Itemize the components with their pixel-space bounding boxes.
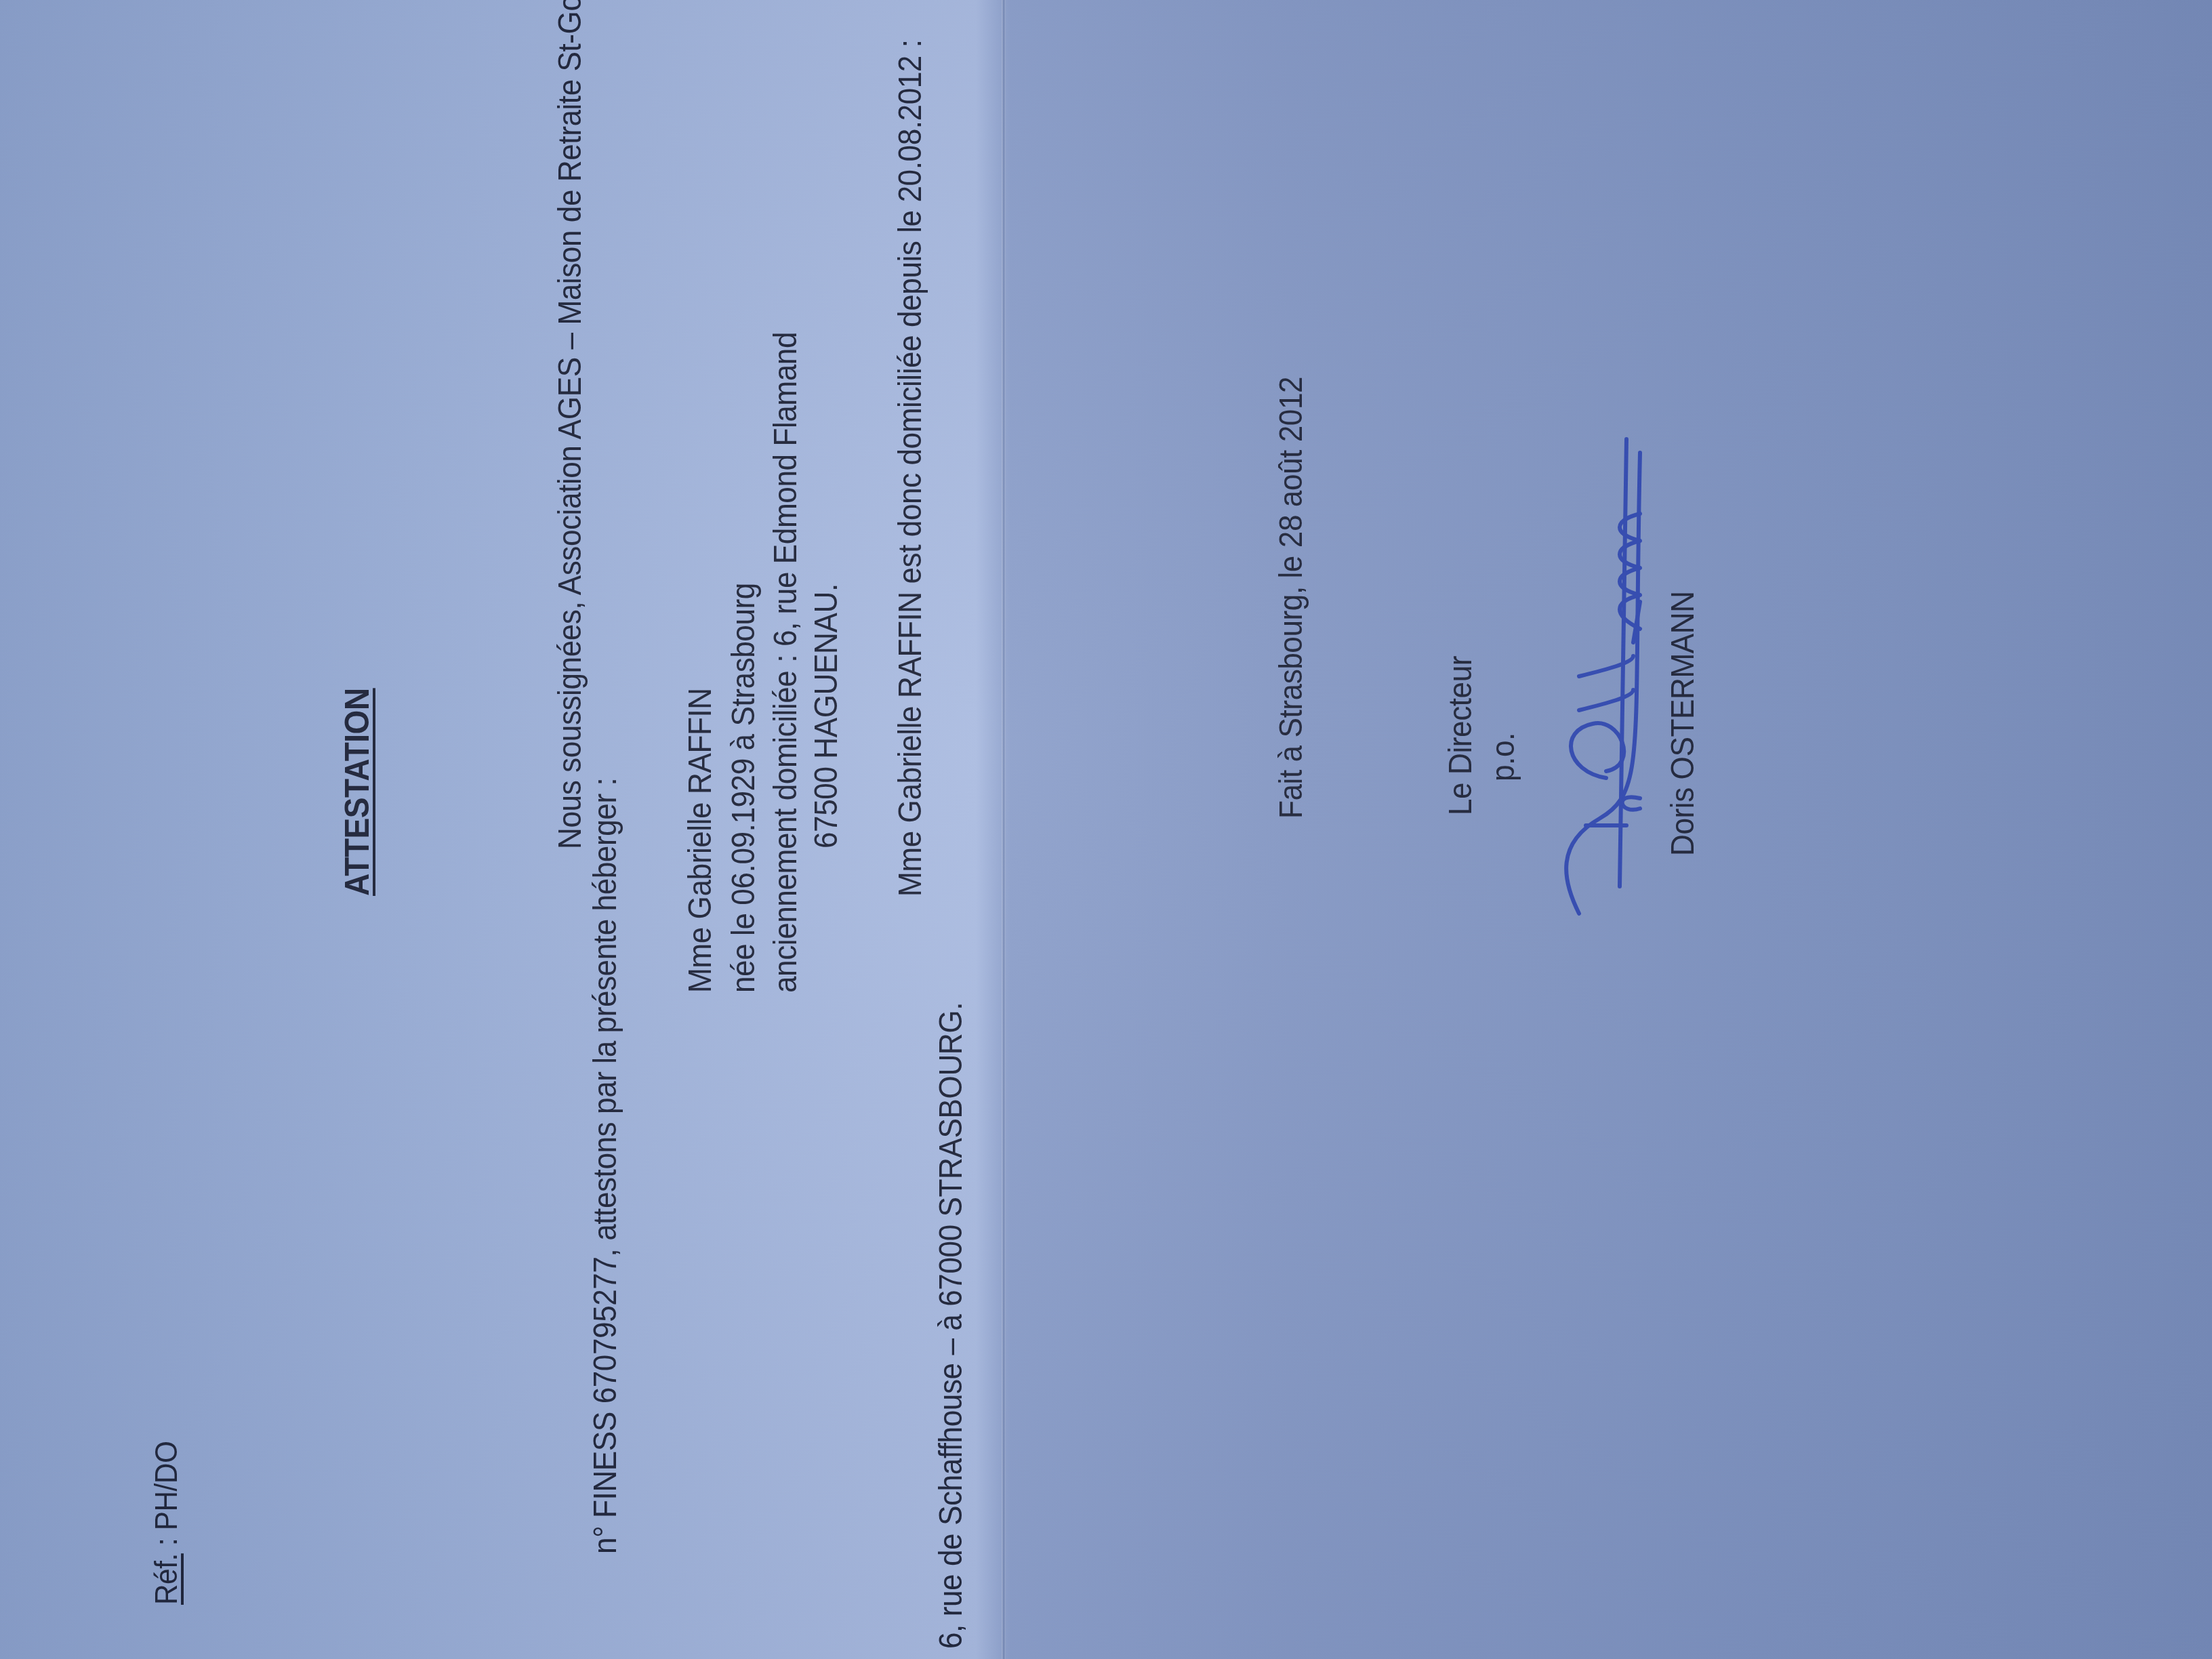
signatory-name: Doris OSTERMANN	[1667, 591, 1700, 856]
handwritten-signature-icon	[1538, 412, 1674, 927]
resident-birth: née le 06.09.1929 à Strasbourg	[728, 583, 760, 993]
reference-value: PH/DO	[148, 1441, 184, 1531]
attestation-document: Réf. : PH/DO ATTESTATION Nous soussignée…	[0, 0, 2212, 1659]
resident-former-city: 67500 HAGUENAU.	[811, 583, 843, 848]
intro-line-2: n° FINESS 670795277, attestons par la pr…	[590, 778, 622, 1554]
resident-name: Mme Gabrielle RAFFIN	[684, 688, 717, 993]
place-and-date: Fait à Strasbourg, le 28 août 2012	[1275, 377, 1308, 819]
document-title: ATTESTATION	[340, 688, 374, 896]
reference-label: Réf.	[148, 1553, 184, 1605]
signatory-proxy: p.o.	[1488, 733, 1520, 781]
signatory-role: Le Directeur	[1445, 656, 1477, 815]
domicile-line-2: 6, rue de Schaffhouse – à 67000 STRASBOU…	[935, 1002, 968, 1649]
reference-separator: :	[148, 1530, 184, 1553]
reference-line: Réf. : PH/DO	[150, 1441, 182, 1605]
resident-former-address: anciennement domiciliée : 6, rue Edmond …	[770, 332, 802, 993]
domicile-line-1: Mme Gabrielle RAFFIN est donc domiciliée…	[895, 39, 927, 897]
intro-line-1: Nous soussignées, Association AGES – Mai…	[554, 0, 587, 849]
